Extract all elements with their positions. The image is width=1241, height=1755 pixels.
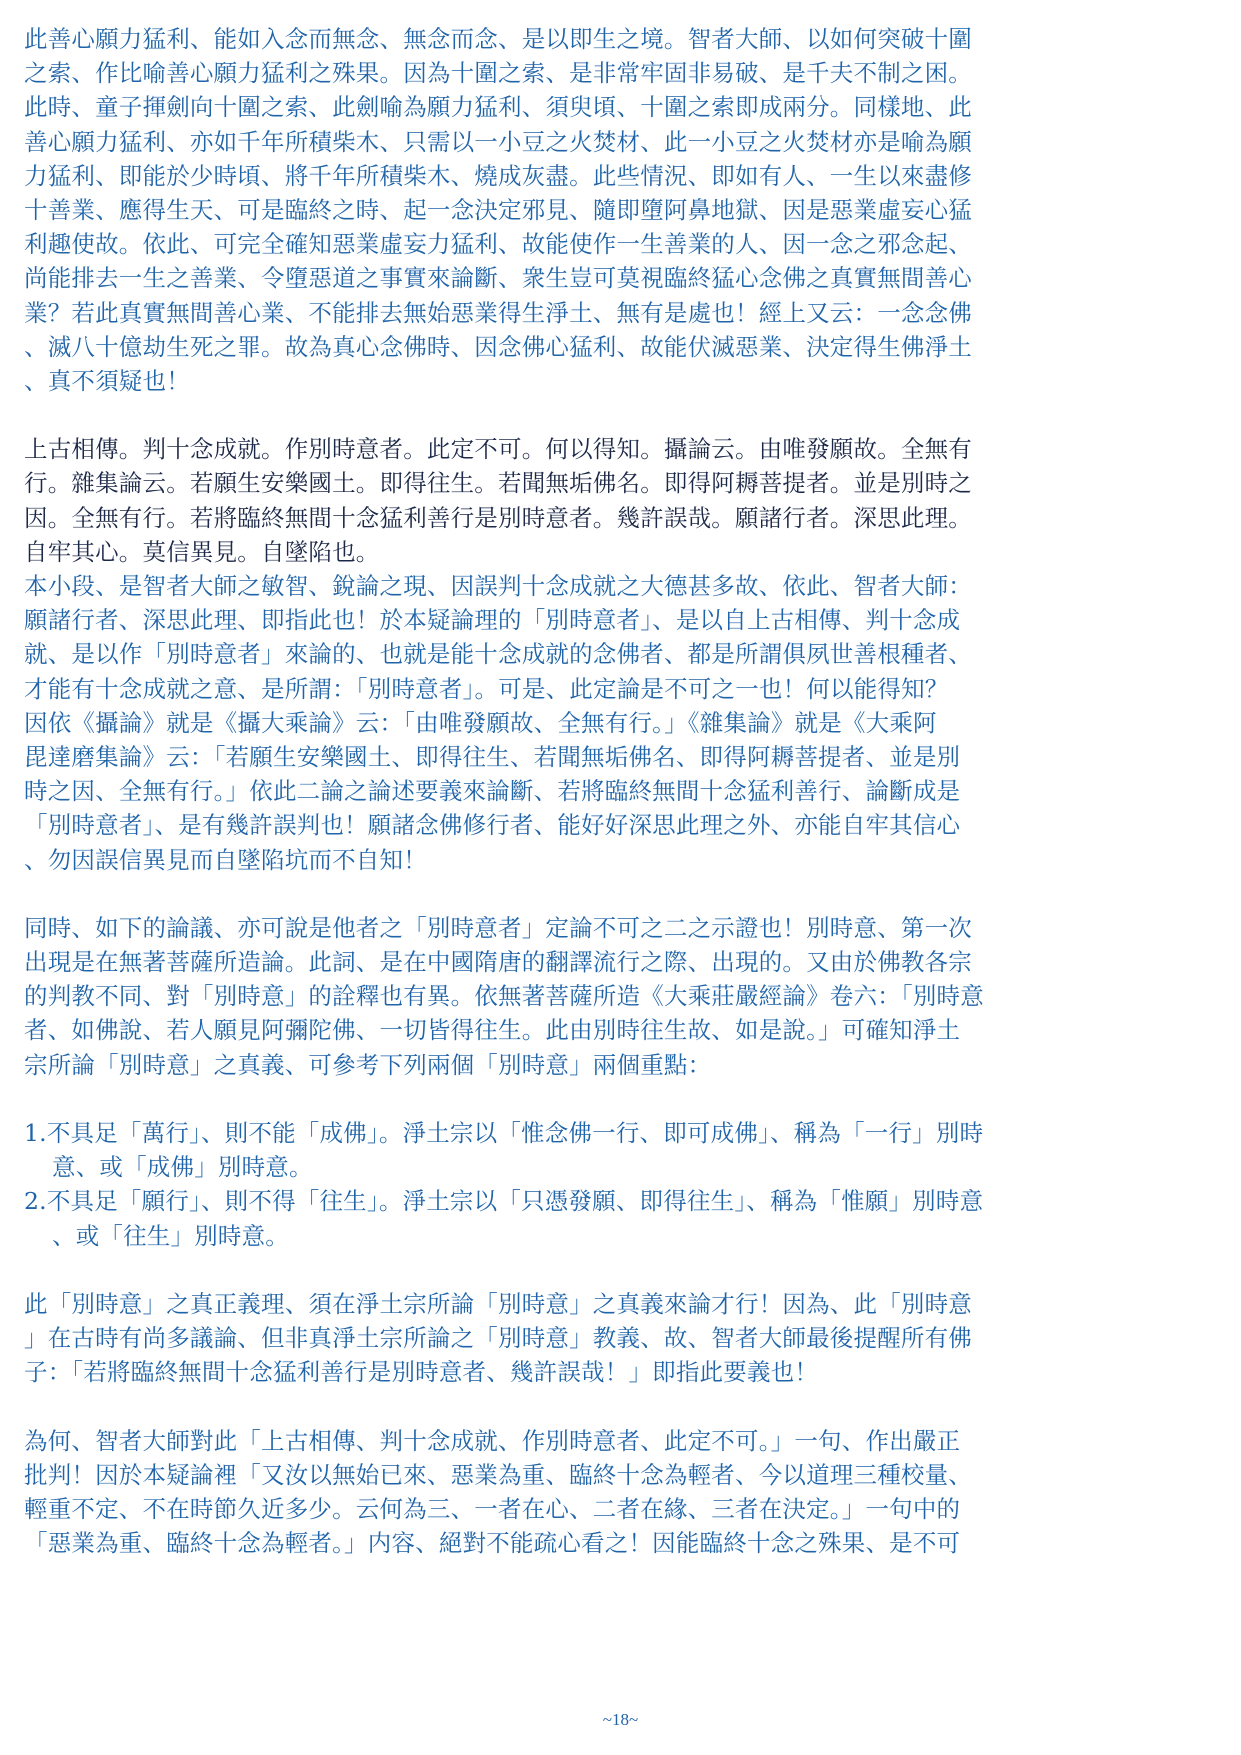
text-line: 十善業、應得生天、可是臨終之時、起一念決定邪見、隨即墮阿鼻地獄、因是惡業虛妄心猛 <box>24 193 1084 227</box>
text-line: 子：「若將臨終無間十念猛利善行是別時意者、幾許誤哉！」即指此要義也！ <box>24 1355 1084 1389</box>
list-marker: 1. <box>24 1119 47 1147</box>
text-line: 毘達磨集論》云：「若願生安樂國土、即得往生、若聞無垢佛名、即得阿耨菩提者、並是別 <box>24 740 1084 774</box>
paragraph-spacer <box>24 877 1084 911</box>
paragraph-commentary-6: 為何、智者大師對此「上古相傳、判十念成就、作別時意者、此定不可。」一句、作出嚴正… <box>24 1424 1084 1561</box>
text-line: 行。雜集論云。若願生安樂國土。即得往生。若聞無垢佛名。即得阿耨菩提者。並是別時之 <box>24 466 1084 500</box>
text-line: 願諸行者、深思此理、即指此也！於本疑論理的「別時意者」、是以自上古相傳、判十念成 <box>24 603 1084 637</box>
text-line: 」在古時有尚多議論、但非真淨土宗所論之「別時意」教義、故、智者大師最後提醒所有佛 <box>24 1321 1084 1355</box>
text-line: 善心願力猛利、亦如千年所積柴木、只需以一小豆之火焚材、此一小豆之火焚材亦是喻為願 <box>24 125 1084 159</box>
text-line: 宗所論「別時意」之真義、可參考下列兩個「別時意」兩個重點： <box>24 1048 1084 1082</box>
text-line: 批判！因於本疑論裡「又汝以無始已來、惡業為重、臨終十念為輕者、今以道理三種校量、 <box>24 1458 1084 1492</box>
paragraph-commentary-5: 此「別時意」之真正義理、須在淨土宗所論「別時意」之真義來論才行！因為、此「別時意… <box>24 1287 1084 1390</box>
text-line: 者、如佛說、若人願見阿彌陀佛、一切皆得往生。此由別時往生故、如是說。」可確知淨土 <box>24 1013 1084 1047</box>
text-line: 自牢其心。莫信異見。自墜陷也。 <box>24 535 1084 569</box>
list-marker: 2. <box>24 1187 47 1215</box>
paragraph-spacer <box>24 398 1084 432</box>
text-line: 因依《攝論》就是《攝大乘論》云：「由唯發願故、全無有行。」《雜集論》就是《大乘阿 <box>24 706 1084 740</box>
paragraph-commentary-3: 本小段、是智者大師之敏智、銳論之現、因誤判十念成就之大德甚多故、依此、智者大師：… <box>24 569 1084 877</box>
text-line: 時之因、全無有行。」依此二論之論述要義來論斷、若將臨終無間十念猛利善行、論斷成是 <box>24 774 1084 808</box>
text-line: 「惡業為重、臨終十念為輕者。」内容、絕對不能疏心看之！因能臨終十念之殊果、是不可 <box>24 1526 1084 1560</box>
text-line: 出現是在無著菩薩所造論。此詞、是在中國隋唐的翻譯流行之際、出現的。又由於佛教各宗 <box>24 945 1084 979</box>
text-line: 「別時意者」、是有幾許誤判也！願諸念佛修行者、能好好深思此理之外、亦能自牢其信心 <box>24 808 1084 842</box>
text-line: 尚能排去一生之善業、令墮惡道之事實來論斷、衆生豈可莫視臨終猛心念佛之真實無間善心 <box>24 261 1084 295</box>
numbered-list: 1.不具足「萬行」、則不能「成佛」。淨土宗以「惟念佛一行、即可成佛」、稱為「一行… <box>24 1116 1084 1253</box>
text-line: 此善心願力猛利、能如入念而無念、無念而念、是以即生之境。智者大師、以如何突破十圍 <box>24 22 1084 56</box>
text-line: 的判教不同、對「別時意」的詮釋也有異。依無著菩薩所造《大乘莊嚴經論》卷六：「別時… <box>24 979 1084 1013</box>
text-line: 之索、作比喻善心願力猛利之殊果。因為十圍之索、是非常牢固非易破、是千夫不制之困。 <box>24 56 1084 90</box>
text-line: 上古相傳。判十念成就。作別時意者。此定不可。何以得知。攝論云。由唯發願故。全無有 <box>24 432 1084 466</box>
text-line: 同時、如下的論議、亦可說是他者之「別時意者」定論不可之二之示證也！別時意、第一次 <box>24 911 1084 945</box>
text-line: 、勿因誤信異見而自墜陷坑而不自知！ <box>24 843 1084 877</box>
text-line: 本小段、是智者大師之敏智、銳論之現、因誤判十念成就之大德甚多故、依此、智者大師： <box>24 569 1084 603</box>
paragraph-spacer <box>24 1390 1084 1424</box>
text-line: 力猛利、即能於少時頃、將千年所積柴木、燒成灰盡。此些情況、即如有人、一生以來盡修 <box>24 159 1084 193</box>
list-item-2: 2.不具足「願行」、則不得「往生」。淨土宗以「只憑發願、即得往生」、稱為「惟願」… <box>24 1184 1084 1252</box>
text-line: 此「別時意」之真正義理、須在淨土宗所論「別時意」之真義來論才行！因為、此「別時意 <box>24 1287 1084 1321</box>
text-line: 才能有十念成就之意、是所謂：「別時意者」。可是、此定論是不可之一也！何以能得知？ <box>24 672 1084 706</box>
list-item-text: 、或「往生」別時意。 <box>24 1219 1084 1253</box>
list-item-text: 意、或「成佛」別時意。 <box>24 1150 1084 1184</box>
list-item-text: 不具足「願行」、則不得「往生」。淨土宗以「只憑發願、即得往生」、稱為「惟願」別時… <box>47 1187 983 1215</box>
text-line: 為何、智者大師對此「上古相傳、判十念成就、作別時意者、此定不可。」一句、作出嚴正 <box>24 1424 1084 1458</box>
text-line: 利趣使故。依此、可完全確知惡業虛妄力猛利、故能使作一生善業的人、因一念之邪念起、 <box>24 227 1084 261</box>
text-line: 、真不須疑也！ <box>24 364 1084 398</box>
page-number: ~18~ <box>0 1710 1241 1730</box>
paragraph-spacer <box>24 1253 1084 1287</box>
quoted-source-text: 上古相傳。判十念成就。作別時意者。此定不可。何以得知。攝論云。由唯發願故。全無有… <box>24 432 1084 569</box>
text-line: 因。全無有行。若將臨終無間十念猛利善行是別時意者。幾許誤哉。願諸行者。深思此理。 <box>24 501 1084 535</box>
paragraph-commentary-4: 同時、如下的論議、亦可說是他者之「別時意者」定論不可之二之示證也！別時意、第一次… <box>24 911 1084 1082</box>
text-line: 業？若此真實無間善心業、不能排去無始惡業得生淨土、無有是處也！經上又云：一念念佛 <box>24 296 1084 330</box>
list-item-text: 不具足「萬行」、則不能「成佛」。淨土宗以「惟念佛一行、即可成佛」、稱為「一行」別… <box>47 1119 983 1147</box>
text-line: 輕重不定、不在時節久近多少。云何為三、一者在心、二者在緣、三者在決定。」一句中的 <box>24 1492 1084 1526</box>
paragraph-spacer <box>24 1082 1084 1116</box>
document-page: 此善心願力猛利、能如入念而無念、無念而念、是以即生之境。智者大師、以如何突破十圍… <box>24 22 1084 1560</box>
text-line: 就、是以作「別時意者」來論的、也就是能十念成就的念佛者、都是所謂俱夙世善根種者、 <box>24 637 1084 671</box>
paragraph-commentary-1: 此善心願力猛利、能如入念而無念、無念而念、是以即生之境。智者大師、以如何突破十圍… <box>24 22 1084 398</box>
text-line: 、滅八十億劫生死之罪。故為真心念佛時、因念佛心猛利、故能伏滅惡業、決定得生佛淨土 <box>24 330 1084 364</box>
text-line: 此時、童子揮劍向十圍之索、此劍喻為願力猛利、須臾頃、十圍之索即成兩分。同樣地、此 <box>24 90 1084 124</box>
list-item-1: 1.不具足「萬行」、則不能「成佛」。淨土宗以「惟念佛一行、即可成佛」、稱為「一行… <box>24 1116 1084 1184</box>
